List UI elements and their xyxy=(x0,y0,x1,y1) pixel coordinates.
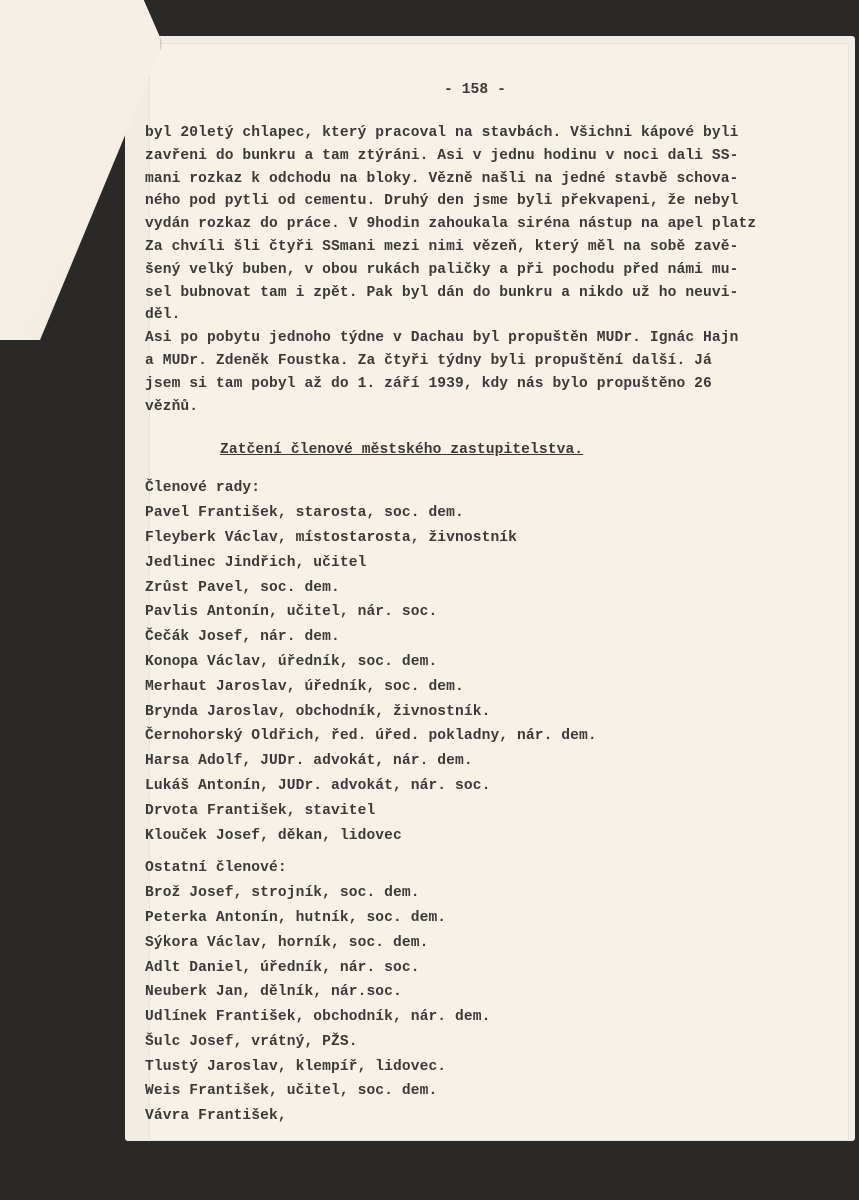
text-line: jsem si tam pobyl až do 1. září 1939, kd… xyxy=(145,373,845,396)
text-line: zavřeni do bunkru a tam ztýráni. Asi v j… xyxy=(145,145,845,168)
list-item: Weis František, učitel, soc. dem. xyxy=(145,1079,845,1104)
list-item: Merhaut Jaroslav, úředník, soc. dem. xyxy=(145,675,845,700)
council-members-list: Pavel František, starosta, soc. dem. Fle… xyxy=(145,501,845,848)
list-item: Neuberk Jan, dělník, nár.soc. xyxy=(145,980,845,1005)
list-item: Pavlis Antonín, učitel, nár. soc. xyxy=(145,600,845,625)
list-item: Udlínek František, obchodník, nár. dem. xyxy=(145,1005,845,1030)
list-item: Lukáš Antonín, JUDr. advokát, nár. soc. xyxy=(145,774,845,799)
page-number: - 158 - xyxy=(145,78,805,102)
list-item: Černohorský Oldřich, řed. úřed. pokladny… xyxy=(145,724,845,749)
list-item: Vávra František, xyxy=(145,1104,845,1129)
list-item: Sýkora Václav, horník, soc. dem. xyxy=(145,931,845,956)
list-item: Zrůst Pavel, soc. dem. xyxy=(145,576,845,601)
list-item: Fleyberk Václav, místostarosta, živnostn… xyxy=(145,526,845,551)
text-line: vězňů. xyxy=(145,396,845,419)
paragraph-2: Asi po pobytu jednoho týdne v Dachau byl… xyxy=(145,327,845,418)
text-line: a MUDr. Zdeněk Foustka. Za čtyři týdny b… xyxy=(145,350,845,373)
text-line: byl 20letý chlapec, který pracoval na st… xyxy=(145,122,845,145)
text-line: Za chvíli šli čtyři SSmani mezi nimi věz… xyxy=(145,236,845,259)
list-item: Peterka Antonín, hutník, soc. dem. xyxy=(145,906,845,931)
list-item: Jedlinec Jindřich, učitel xyxy=(145,551,845,576)
list-item: Adlt Daniel, úředník, nár. soc. xyxy=(145,956,845,981)
list-item: Drvota František, stavitel xyxy=(145,799,845,824)
list-item: Konopa Václav, úředník, soc. dem. xyxy=(145,650,845,675)
page-text: - 158 - byl 20letý chlapec, který pracov… xyxy=(145,78,845,1129)
list-item: Šulc Josef, vrátný, PŽS. xyxy=(145,1030,845,1055)
text-line: Asi po pobytu jednoho týdne v Dachau byl… xyxy=(145,327,845,350)
list-item: Harsa Adolf, JUDr. advokát, nár. dem. xyxy=(145,749,845,774)
list-item: Tlustý Jaroslav, klempíř, lidovec. xyxy=(145,1055,845,1080)
text-line: šený velký buben, v obou rukách paličky … xyxy=(145,259,845,282)
list-item: Pavel František, starosta, soc. dem. xyxy=(145,501,845,526)
text-line: mani rozkaz k odchodu na bloky. Vězně na… xyxy=(145,168,845,191)
others-label: Ostatní členové: xyxy=(145,856,845,881)
text-line: vydán rozkaz do práce. V 9hodin zahoukal… xyxy=(145,213,845,236)
text-line: děl. xyxy=(145,304,845,327)
section-heading: Zatčení členové městského zastupitelstva… xyxy=(220,438,845,462)
other-members-list: Brož Josef, strojník, soc. dem. Peterka … xyxy=(145,881,845,1129)
list-item: Klouček Josef, děkan, lidovec xyxy=(145,824,845,849)
paragraph-1: byl 20letý chlapec, který pracoval na st… xyxy=(145,122,845,327)
council-label: Členové rady: xyxy=(145,476,845,501)
list-item: Brynda Jaroslav, obchodník, živnostník. xyxy=(145,700,845,725)
list-item: Brož Josef, strojník, soc. dem. xyxy=(145,881,845,906)
text-line: ného pod pytli od cementu. Druhý den jsm… xyxy=(145,190,845,213)
text-line: sel bubnovat tam i zpět. Pak byl dán do … xyxy=(145,282,845,305)
list-item: Čečák Josef, nár. dem. xyxy=(145,625,845,650)
